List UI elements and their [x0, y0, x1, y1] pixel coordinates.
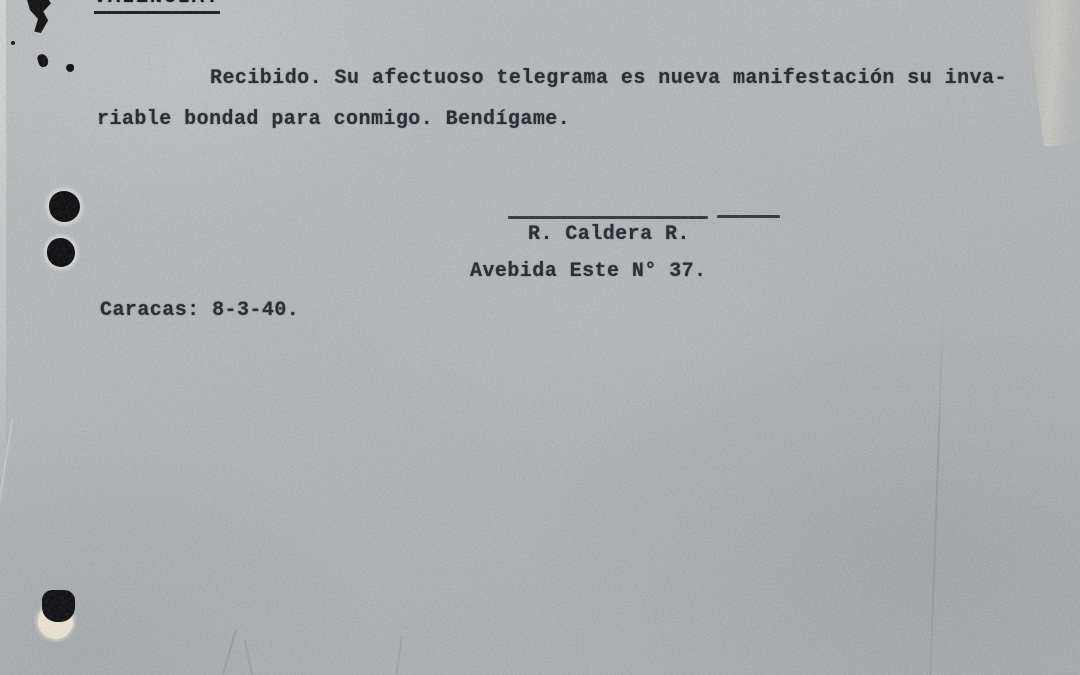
body-line-2: riable bondad para conmigo. Bendígame.: [97, 108, 570, 132]
signature-rule-segment-1: [508, 216, 708, 219]
letterhead-city-cutoff: VALENCIA.: [94, 0, 220, 14]
ink-dot-upper: [49, 191, 80, 222]
punch-hole-ink: [42, 590, 75, 622]
dateline: Caracas: 8-3-40.: [100, 299, 299, 323]
paper-background: [0, 0, 1080, 675]
paper-edge-left: [0, 0, 6, 520]
scanned-letter-page: VALENCIA. Recibido. Su afectuoso telegra…: [0, 0, 1080, 675]
body-line-1: Recibido. Su afectuoso telegrama es nuev…: [210, 67, 1007, 91]
address-line: Avebida Este N° 37.: [470, 260, 707, 284]
signature-name: R. Caldera R.: [528, 223, 690, 247]
ink-speck-2: [66, 64, 74, 72]
ink-speck-3: [11, 41, 15, 45]
ink-dot-lower: [47, 238, 75, 267]
signature-rule-segment-2: [717, 215, 780, 218]
